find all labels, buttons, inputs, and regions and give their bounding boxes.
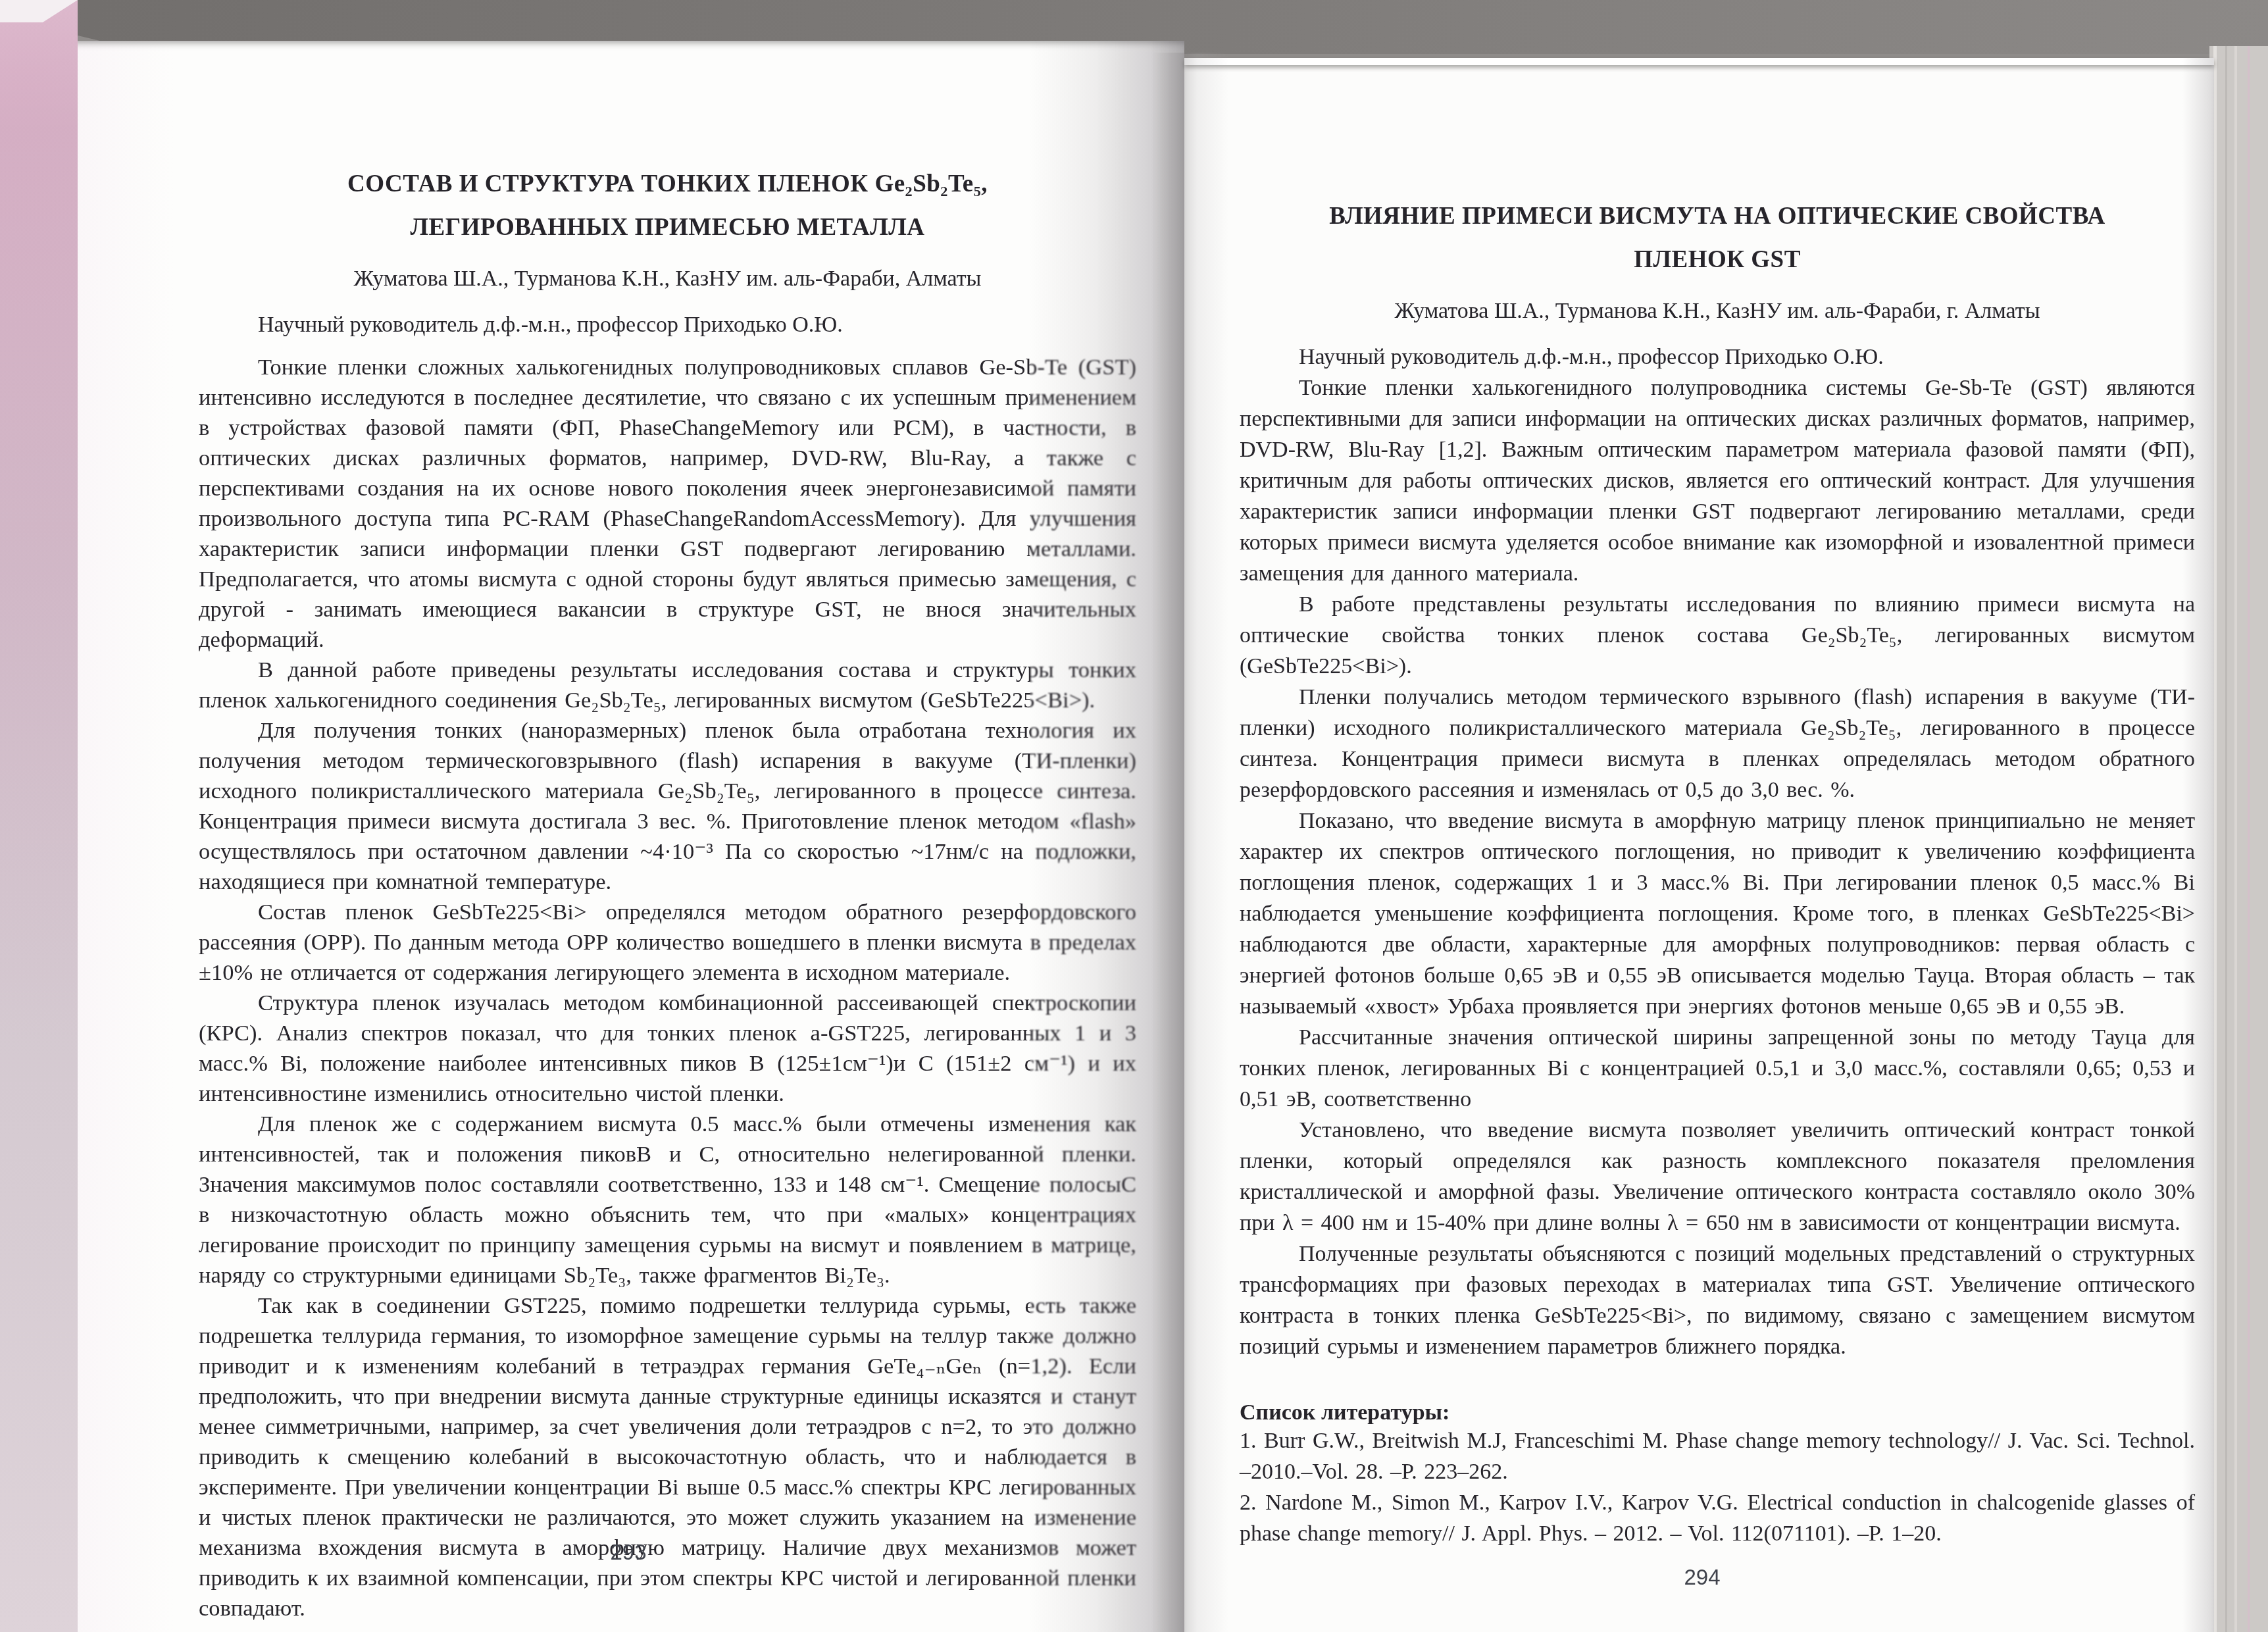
scan-left-edge-tint (0, 0, 78, 1632)
page-number-right: 294 (1653, 1565, 1751, 1590)
page-stack-edge (2209, 46, 2268, 1632)
right-page-supervisor: Научный руководитель д.ф.-м.н., профессо… (1240, 342, 2195, 372)
paragraph: В данной работе приведены результаты исс… (199, 655, 1136, 715)
left-page-content: СОСТАВ И СТРУКТУРА ТОНКИХ ПЛЕНОК Ge₂Sb₂T… (199, 163, 1136, 1623)
page-edge-line (2234, 46, 2237, 1632)
paragraph: В работе представлены результаты исследо… (1240, 589, 2195, 682)
left-title-line1: СОСТАВ И СТРУКТУРА ТОНКИХ ПЛЕНОК Ge₂Sb₂T… (199, 163, 1136, 206)
paragraph: Для пленок же с содержанием висмута 0.5 … (199, 1109, 1136, 1290)
left-page-supervisor: Научный руководитель д.ф.-м.н., профессо… (199, 310, 1136, 340)
left-page-authors: Жуматова Ш.А., Турманова К.Н., КазНУ им.… (199, 264, 1136, 294)
right-page: ВЛИЯНИЕ ПРИМЕСИ ВИСМУТА НА ОПТИЧЕСКИЕ СВ… (1184, 58, 2214, 1632)
page-number-left: 293 (579, 1540, 678, 1565)
paragraph: Рассчитанные значения оптической ширины … (1240, 1022, 2195, 1115)
left-page: СОСТАВ И СТРУКТУРА ТОНКИХ ПЛЕНОК Ge₂Sb₂T… (74, 41, 1184, 1632)
page-edge-line (2248, 46, 2250, 1632)
paragraph: Тонкие пленки халькогенидного полупровод… (1240, 372, 2195, 589)
references-heading: Список литературы: (1240, 1400, 2195, 1425)
right-title-line1: ВЛИЯНИЕ ПРИМЕСИ ВИСМУТА НА ОПТИЧЕСКИЕ СВ… (1240, 195, 2195, 238)
left-page-title: СОСТАВ И СТРУКТУРА ТОНКИХ ПЛЕНОК Ge₂Sb₂T… (199, 163, 1136, 249)
left-title-line2: ЛЕГИРОВАННЫХ ПРИМЕСЬЮ МЕТАЛЛА (199, 206, 1136, 249)
page-edge-line (2225, 46, 2227, 1632)
right-page-authors: Жуматова Ш.А., Турманова К.Н., КазНУ им.… (1240, 296, 2195, 326)
paragraph: Полученные результаты объясняются с пози… (1240, 1238, 2195, 1362)
right-page-content: ВЛИЯНИЕ ПРИМЕСИ ВИСМУТА НА ОПТИЧЕСКИЕ СВ… (1240, 195, 2195, 1549)
paragraph: Показано, что введение висмута в аморфну… (1240, 805, 2195, 1022)
paragraph: Установлено, что введение висмута позвол… (1240, 1115, 2195, 1238)
scanned-book-spread: СОСТАВ И СТРУКТУРА ТОНКИХ ПЛЕНОК Ge₂Sb₂T… (0, 0, 2268, 1632)
right-title-line2: ПЛЕНОК GST (1240, 238, 2195, 282)
paragraph: Структура пленок изучалась методом комби… (199, 988, 1136, 1109)
page-top-edge (1184, 58, 2214, 65)
paragraph: Так как в соединении GST225, помимо подр… (199, 1290, 1136, 1623)
paragraph: Тонкие пленки сложных халькогенидных пол… (199, 352, 1136, 655)
scan-corner-highlight (0, 0, 78, 22)
reference-item: 2. Nardone M., Simon M., Karpov I.V., Ka… (1240, 1487, 2195, 1549)
right-page-title: ВЛИЯНИЕ ПРИМЕСИ ВИСМУТА НА ОПТИЧЕСКИЕ СВ… (1240, 195, 2195, 282)
reference-item: 1. Burr G.W., Breitwish M.J, Franceschim… (1240, 1425, 2195, 1487)
paragraph: Пленки получались методом термического в… (1240, 682, 2195, 805)
paragraph: Для получения тонких (наноразмерных) пле… (199, 715, 1136, 897)
paragraph: Состав пленок GeSbTe225<Bi> определялся … (199, 897, 1136, 988)
